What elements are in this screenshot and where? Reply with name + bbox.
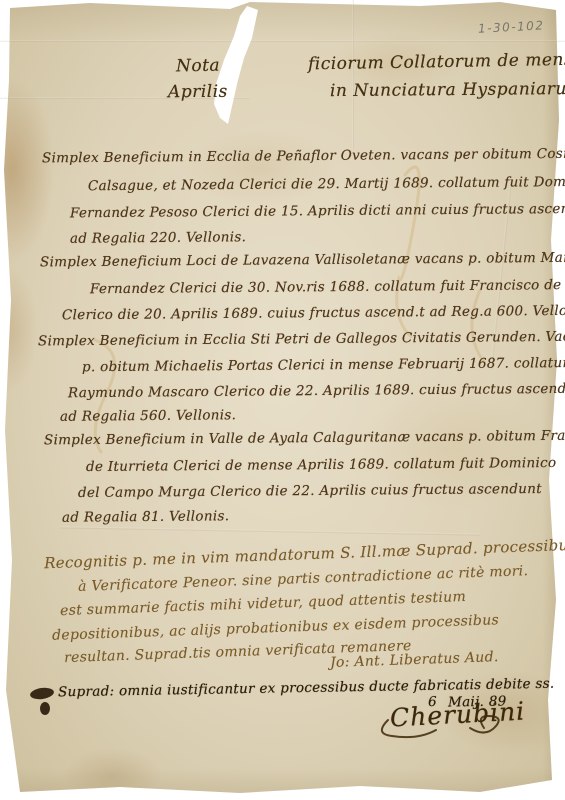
title-line2-left: Aprilis: [168, 82, 228, 103]
title-line2-right: in Nunciatura Hyspaniarum: [330, 79, 565, 101]
ink-blot: [40, 702, 50, 715]
manuscript-line: ad Regalia 81. Vellonis.: [62, 508, 229, 525]
title-line1-left: Nota: [176, 56, 220, 77]
scanned-manuscript-page: { "document": { "archival_number": "1-30…: [0, 0, 565, 800]
manuscript-line: ad Regalia 220. Vellonis.: [70, 229, 246, 247]
crease-line: [352, 0, 354, 150]
manuscript-line: ad Regalia 560. Vellonis.: [60, 407, 236, 425]
crease-line: [0, 40, 565, 42]
